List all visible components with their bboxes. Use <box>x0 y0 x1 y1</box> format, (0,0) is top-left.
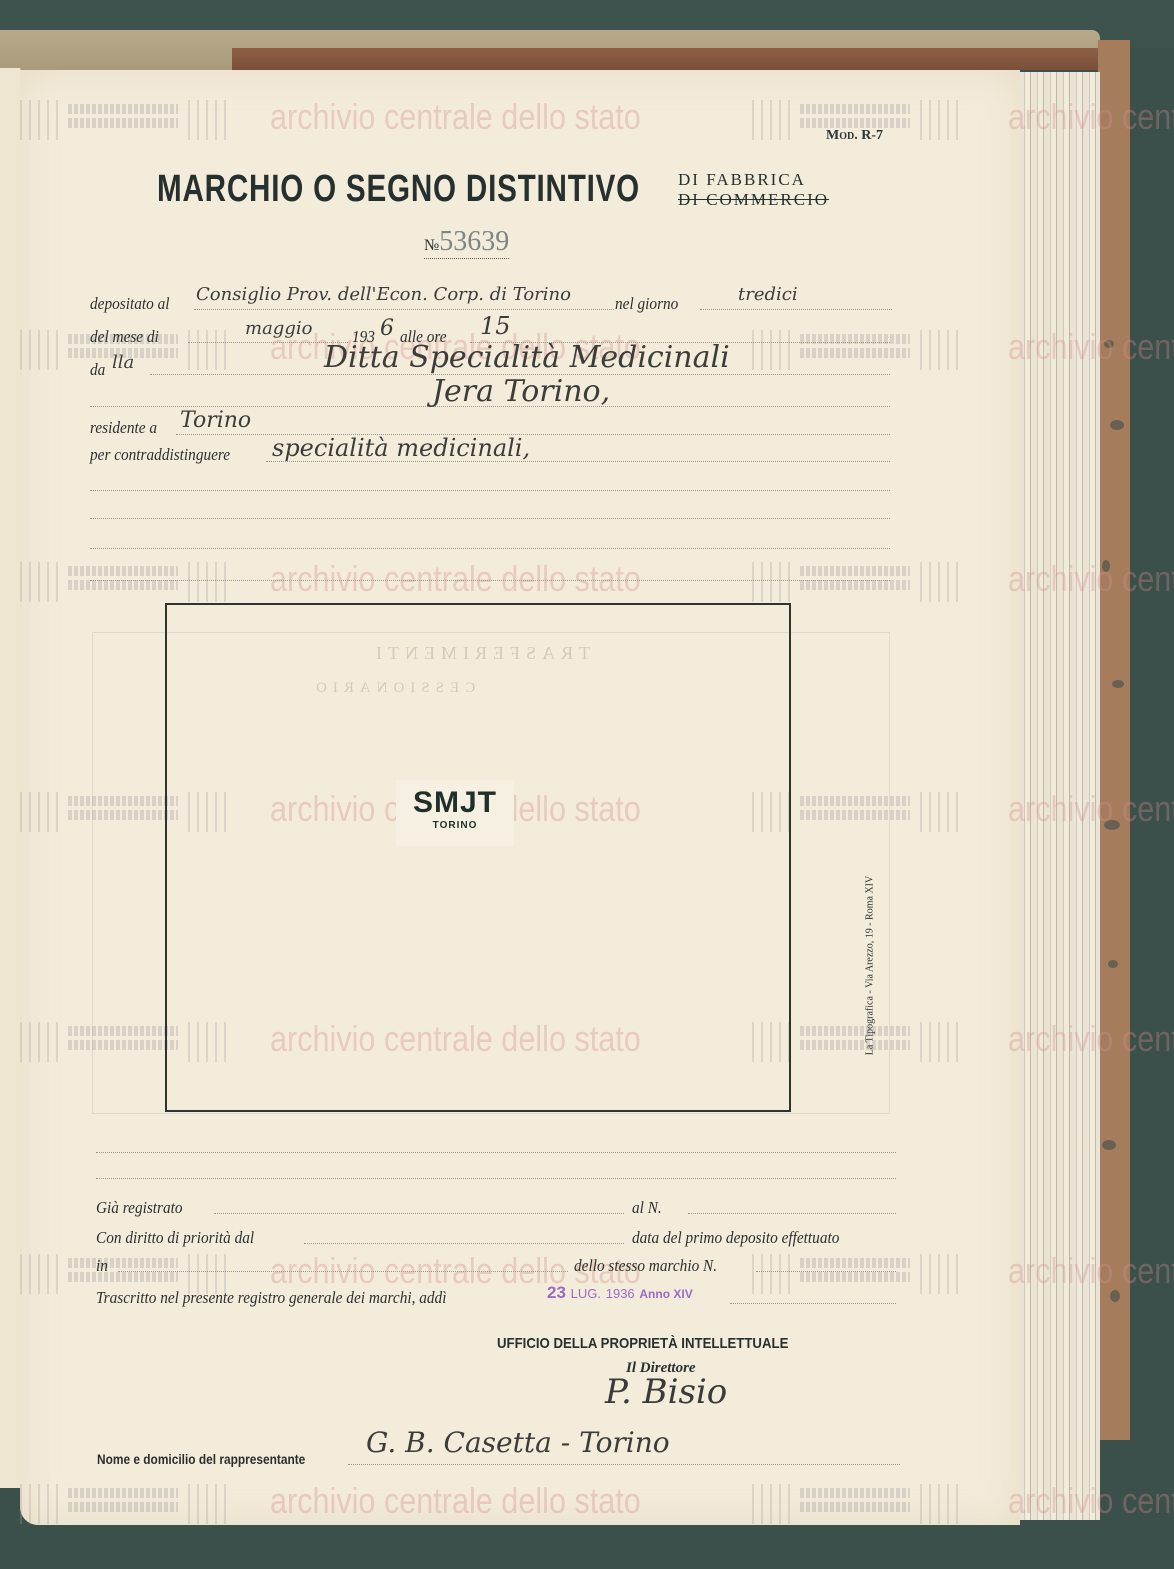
form-code: Mod. R-7 <box>826 128 883 144</box>
watermark-text: archivio centrale dello stato <box>1008 558 1174 600</box>
value-ditta-2: Jera Torino, <box>432 374 610 409</box>
previous-page-edge <box>0 68 21 1488</box>
label-in: in <box>96 1256 108 1276</box>
label-gia-registrato: Già registrato <box>96 1198 183 1218</box>
mark-type-commercio-struck: DI COMMERCIO <box>678 190 829 210</box>
watermark-text: archivio centrale dello stato <box>1008 1018 1174 1060</box>
watermark-logo-icon <box>752 1482 962 1528</box>
watermark-text: archivio centrale dello stato <box>1008 788 1174 830</box>
label-mese: del mese di <box>90 327 159 347</box>
label-depositato: depositato al <box>90 294 169 314</box>
value-ditta: Ditta Specialità Medicinali <box>324 340 730 375</box>
label-priorita: Con diritto di priorità dal <box>96 1228 254 1248</box>
stamp-year: 1936 <box>606 1286 635 1301</box>
value-ore: 15 <box>480 312 511 340</box>
label-stesso-marchio: dello stesso marchio N. <box>574 1256 717 1276</box>
watermark-logo-icon <box>20 560 230 606</box>
trademark-image-box <box>165 603 791 1112</box>
watermark-logo-icon <box>752 328 962 374</box>
stamp-anno: Anno XIV <box>639 1287 692 1301</box>
stamp-day: 23 <box>547 1283 566 1302</box>
watermark-logo-icon <box>20 1482 230 1528</box>
label-contraddistinguere: per contraddistinguere <box>90 445 230 465</box>
label-rappresentante: Nome e domicilio del rappresentante <box>97 1451 305 1467</box>
label-trascritto: Trascritto nel presente registro general… <box>96 1288 446 1308</box>
trademark-text: SMJT <box>396 786 514 820</box>
page-title: MARCHIO O SEGNO DISTINTIVO <box>157 168 640 211</box>
value-depositato: Consiglio Prov. dell'Econ. Corp. di Tori… <box>196 284 571 305</box>
book-spine-right <box>1098 40 1130 1440</box>
value-giorno: tredici <box>738 284 798 305</box>
value-contraddistinguere: specialità medicinali, <box>272 434 530 462</box>
director-signature: P. Bisio <box>605 1372 727 1412</box>
value-da-prefix: lla <box>112 352 134 373</box>
watermark-text: archivio centrale dello stato <box>1008 1480 1174 1522</box>
label-residente: residente a <box>90 418 157 438</box>
watermark-text: archivio centrale dello stato <box>1008 1250 1174 1292</box>
value-mese: maggio <box>245 318 312 339</box>
watermark-logo-icon <box>752 560 962 606</box>
stamp-month: LUG. <box>571 1286 601 1301</box>
date-stamp: 23 LUG. 1936 Anno XIV <box>547 1283 693 1303</box>
watermark-text: archivio centrale dello stato <box>270 558 641 600</box>
mark-type-fabbrica: DI FABBRICA <box>678 170 829 190</box>
mark-type: DI FABBRICA DI COMMERCIO <box>678 170 829 210</box>
watermark-text: archivio centrale dello stato <box>270 96 641 138</box>
value-rappresentante: G. B. Casetta - Torino <box>366 1426 670 1459</box>
book-binding-leather <box>232 48 1112 70</box>
number-prefix: № <box>424 237 439 254</box>
label-al-n: al N. <box>632 1198 662 1218</box>
printer-imprint: La Tipografica - Via Arezzo, 19 - Roma X… <box>865 836 876 1096</box>
watermark-logo-icon <box>752 1252 962 1298</box>
watermark-text: archivio centrale dello stato <box>270 1480 641 1522</box>
office-name: UFFICIO DELLA PROPRIETÀ INTELLETTUALE <box>497 1335 788 1352</box>
watermark-text: archivio centrale dello stato <box>1008 96 1174 138</box>
number-value: 53639 <box>439 226 509 257</box>
label-nel-giorno: nel giorno <box>615 294 678 314</box>
watermark-logo-icon <box>20 98 230 144</box>
registration-number: №53639 <box>424 226 509 259</box>
label-primo-deposito: data del primo deposito effettuato <box>632 1228 839 1248</box>
watermark-text: archivio centrale dello stato <box>1008 326 1174 368</box>
value-anno: 6 <box>380 316 394 341</box>
label-da: da <box>90 360 105 380</box>
trademark-subtext: TORINO <box>396 820 514 831</box>
value-residente: Torino <box>180 408 251 433</box>
trademark-label: SMJT TORINO <box>396 780 514 846</box>
